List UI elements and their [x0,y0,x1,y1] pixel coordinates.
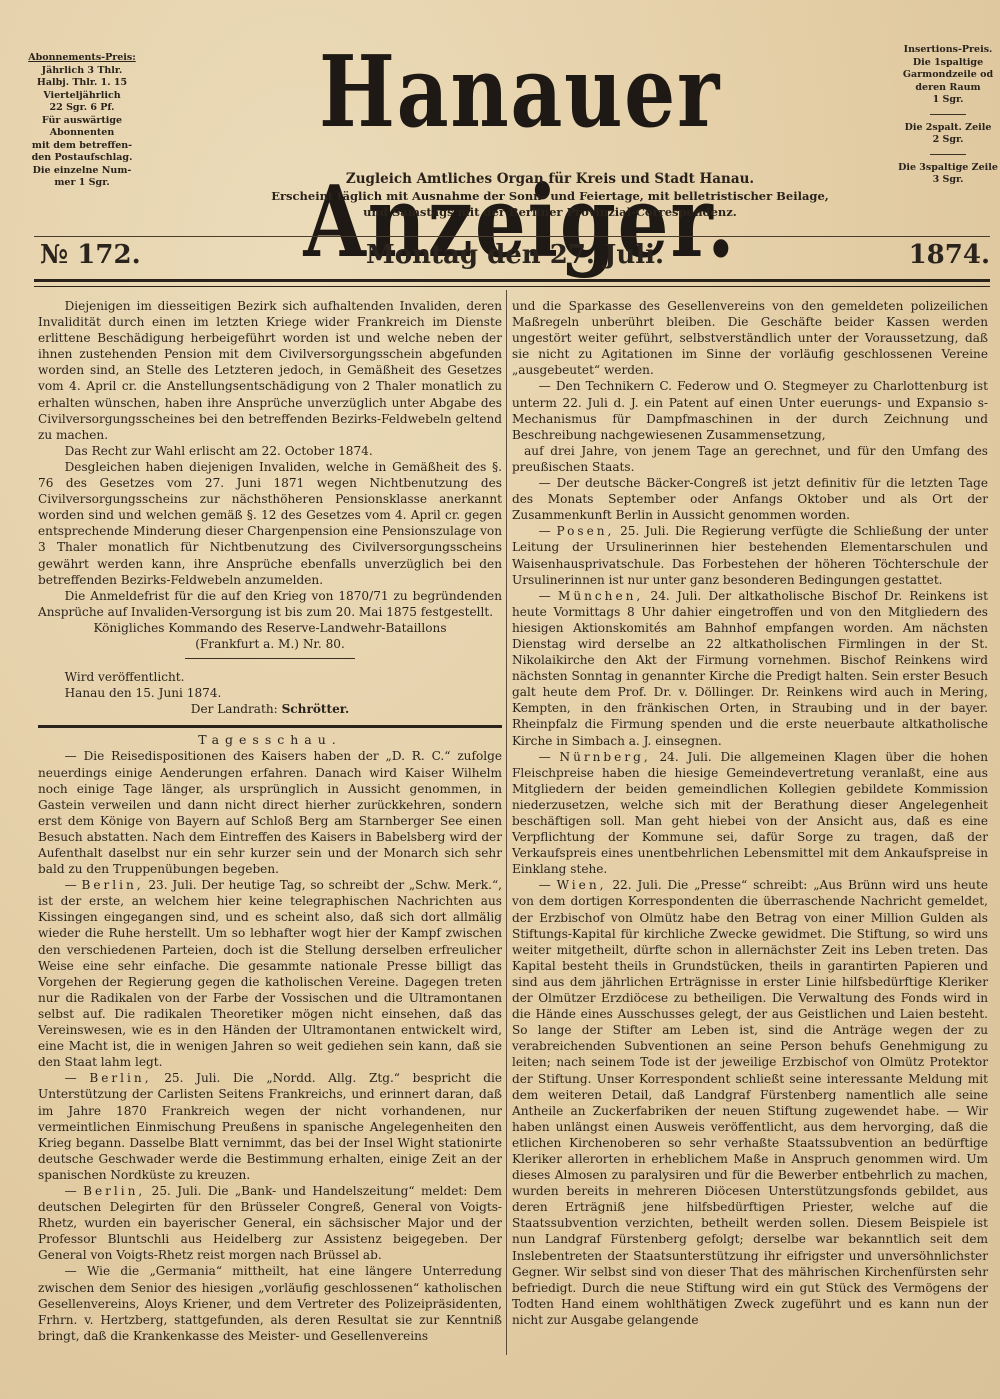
subscription-line: Für auswärtige [8,115,156,128]
issue-date: Montag den 27. Juli. [40,240,990,270]
subscription-line: mit dem betreffen- [8,140,156,153]
news-item: — Der deutsche Bäcker-Congreß ist jetzt … [512,475,988,523]
right-column: und die Sparkasse des Gesellenvereins vo… [512,298,988,1328]
subscription-line: Halbj. Thlr. 1. 15 [8,77,156,90]
news-item: — Berlin, 25. Juli. Die „Nordd. Allg. Zt… [38,1070,502,1183]
news-item: — Berlin, 23. Juli. Der heutige Tag, so … [38,877,502,1070]
newspaper-page: Abonnements-Preis: Jährlich 3 Thlr. Halb… [0,0,1000,1399]
divider [34,279,990,287]
news-text: 25. Juli. Die „Nordd. Allg. Ztg.“ bespri… [38,1071,502,1182]
news-text: 24. Juli. Der altkatholische Bischof Dr.… [512,589,988,748]
news-place: München, [558,589,643,603]
published-note: Wird veröffentlicht. [38,669,502,685]
insertion-line: Garmondzeile od [898,69,998,82]
news-text: 23. Juli. Der heutige Tag, so schreibt d… [38,878,502,1069]
subscription-price-box: Abonnements-Preis: Jährlich 3 Thlr. Halb… [8,52,156,190]
news-item: — Nürnberg, 24. Juli. Die allgemeinen Kl… [512,749,988,878]
insertion-line: Die 2spalt. Zeile [898,122,998,135]
news-item: — Die Reisedispositionen des Kaisers hab… [38,748,502,877]
news-place: Posen, [556,524,614,538]
insertion-price-box: Insertions-Preis. Die 1spaltige Garmondz… [898,44,998,187]
notice-paragraph: Desgleichen haben diejenigen Invaliden, … [38,459,502,588]
published-note: Hanau den 15. Juni 1874. [38,685,502,701]
news-item: — Den Technikern C. Federow und O. Stegm… [512,378,988,442]
landrath-name: Schrötter. [282,702,350,716]
news-place: Wien, [557,878,607,892]
news-item: — Wie die „Germania“ mittheilt, hat eine… [38,1263,502,1343]
news-place: Berlin, [89,1071,151,1085]
subtitle-line: Zugleich Amtliches Organ für Kreis und S… [240,170,860,188]
insertion-line: Die 3spaltige Zeile [898,162,998,175]
news-item: — München, 24. Juli. Der altkatholische … [512,588,988,749]
news-item: auf drei Jahre, von jenem Tage an gerech… [512,443,988,475]
news-item: — Berlin, 25. Juli. Die „Bank- und Hande… [38,1183,502,1263]
insertion-line: 3 Sgr. [898,174,998,187]
landrath-label: Der Landrath: [191,702,282,716]
column-divider [506,290,507,1355]
subscription-line: Abonnenten [8,127,156,140]
subscription-line: 22 Sgr. 6 Pf. [8,102,156,115]
news-item: — Wien, 22. Juli. Die „Presse“ schreibt:… [512,877,988,1328]
subtitle-line: Erscheint täglich mit Ausnahme der Sonn-… [240,188,860,204]
news-text: 24. Juli. Die allgemeinen Klagen über di… [512,750,988,877]
insertion-line: 1 Sgr. [898,94,998,107]
news-text: 22. Juli. Die „Presse“ schreibt: „Aus Br… [512,878,988,1327]
subtitle-line: und Samstags mit der Berliner Provinzial… [240,204,860,220]
divider [185,658,355,659]
insertion-line: deren Raum [898,82,998,95]
divider [930,114,966,115]
divider [38,725,502,728]
subscription-line: Die einzelne Num- [8,165,156,178]
notice-paragraph: Diejenigen im diesseitigen Bezirk sich a… [38,298,502,443]
insertion-line: Die 1spaltige [898,57,998,70]
subscription-line: Jährlich 3 Thlr. [8,65,156,78]
news-place: Berlin, [83,1184,145,1198]
notice-signature: (Frankfurt a. M.) Nr. 80. [38,636,502,652]
divider [34,236,990,237]
news-item: — Posen, 25. Juli. Die Regierung verfügt… [512,523,988,587]
dateline: № 172. Montag den 27. Juli. 1874. [40,240,990,276]
subscription-line: Vierteljährlich [8,90,156,103]
news-continuation: und die Sparkasse des Gesellenvereins vo… [512,298,988,378]
news-place: Berlin, [81,878,143,892]
news-place: Nürnberg, [559,750,650,764]
issue-year: 1874. [909,240,990,270]
subscription-line: den Postaufschlag. [8,152,156,165]
left-column: Diejenigen im diesseitigen Bezirk sich a… [38,298,502,1344]
insertion-line: 2 Sgr. [898,134,998,147]
notice-signature: Königliches Kommando des Reserve-Landweh… [38,620,502,636]
notice-paragraph: Die Anmeldefrist für die auf den Krieg v… [38,588,502,620]
divider [930,154,966,155]
insertion-heading: Insertions-Preis. [898,44,998,57]
notice-paragraph: Das Recht zur Wahl erlischt am 22. Octob… [38,443,502,459]
section-title: Tagesschau. [38,732,502,748]
landrath-signature: Der Landrath: Schrötter. [38,701,502,717]
masthead-subtitle: Zugleich Amtliches Organ für Kreis und S… [240,170,860,220]
subscription-heading: Abonnements-Preis: [8,52,156,65]
subscription-line: mer 1 Sgr. [8,177,156,190]
